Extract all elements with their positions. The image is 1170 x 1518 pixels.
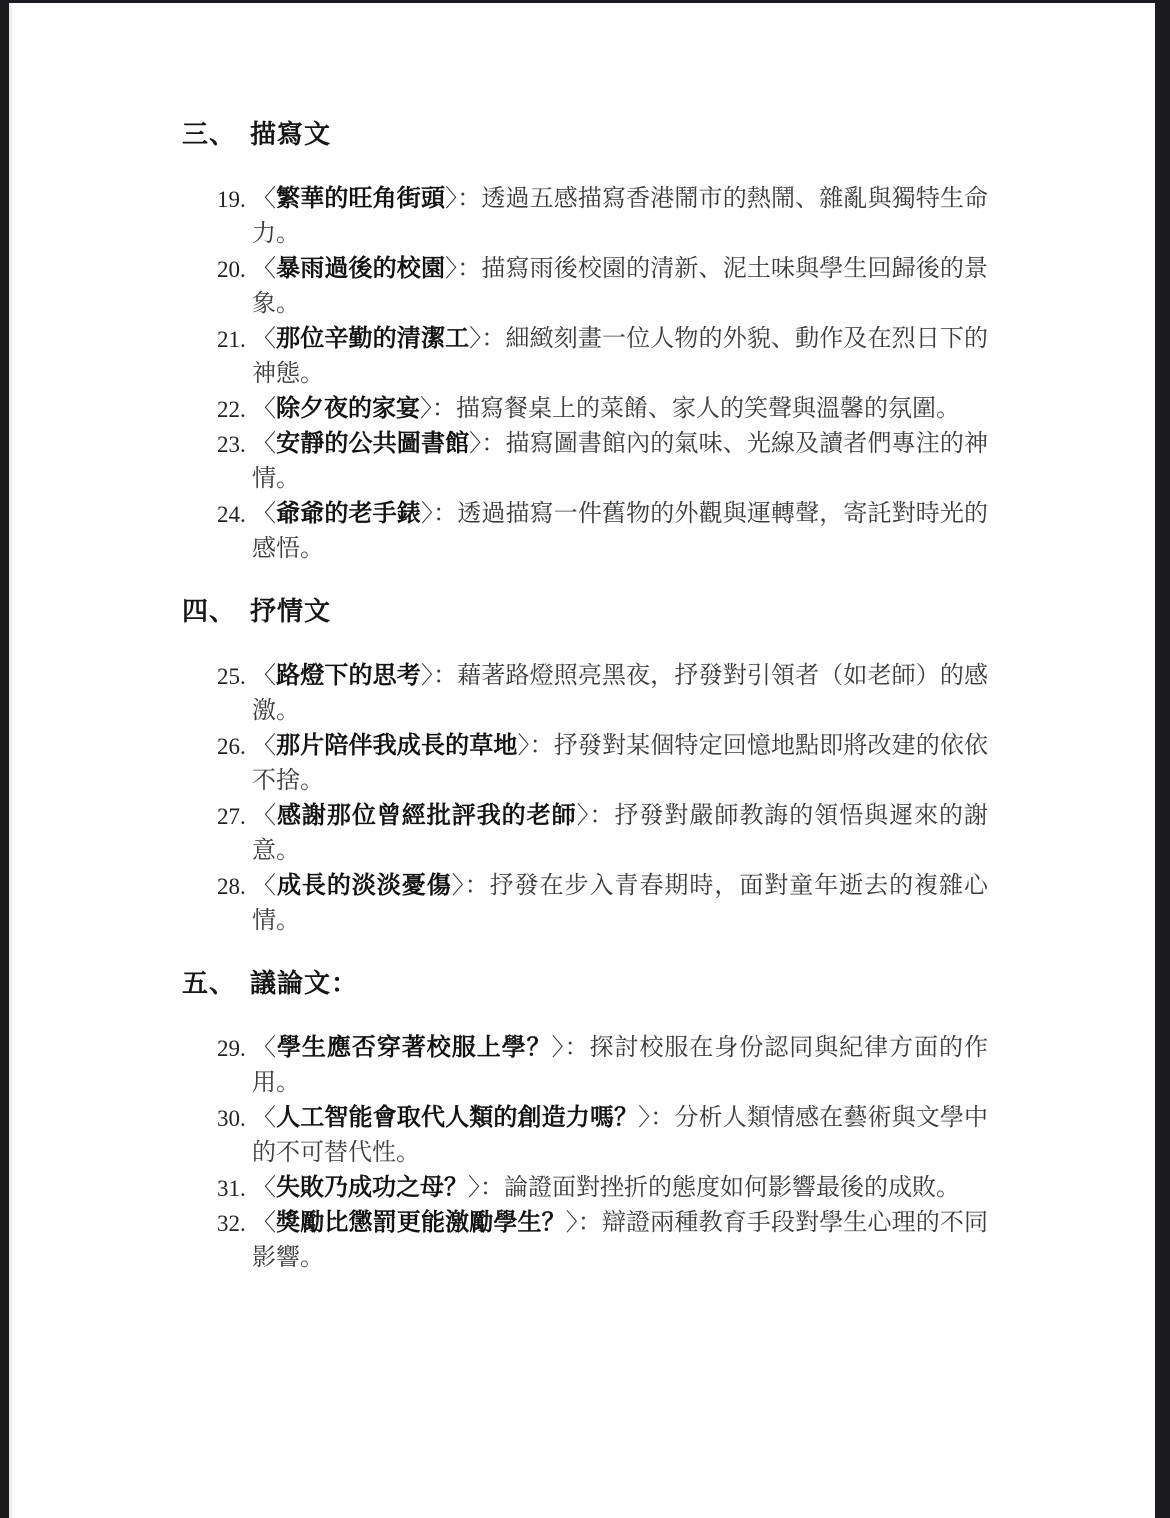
item-number: 25. [217,659,252,694]
item-text: 〈學生應否穿著校服上學？〉：探討校服在身份認同與紀律方面的作用。 [252,1031,988,1101]
item-number: 29. [217,1031,252,1066]
item-title: 成長的淡淡憂傷 [277,873,452,899]
list-item: 31. 〈失敗乃成功之母？〉：論證面對挫折的態度如何影響最後的成敗。 [217,1171,992,1206]
list-item: 23. 〈安靜的公共圖書館〉：描寫圖書館內的氣味、光線及讀者們專注的神情。 [217,427,992,497]
item-text: 〈那位辛勤的清潔工〉：細緻刻畫一位人物的外貌、動作及在烈日下的神態。 [252,322,988,392]
item-title: 感謝那位曾經批評我的老師 [277,803,577,829]
item-number: 30. [217,1101,252,1136]
section-argumentative: 五、議論文： 29. 〈學生應否穿著校服上學？〉：探討校服在身份認同與紀律方面的… [182,966,992,1276]
item-text: 〈路燈下的思考〉：藉著路燈照亮黑夜，抒發對引領者（如老師）的感激。 [252,659,988,729]
section-heading: 五、議論文： [182,966,992,1001]
item-description: 描寫餐桌上的菜餚、家人的笑聲與溫馨的氛圍。 [456,396,960,422]
list-item: 27. 〈感謝那位曾經批評我的老師〉：抒發對嚴師教誨的領悟與遲來的謝意。 [217,799,992,869]
left-angle-bracket: 〈 [252,256,276,282]
item-list: 25. 〈路燈下的思考〉：藉著路燈照亮黑夜，抒發對引領者（如老師）的感激。 26… [182,659,992,939]
right-angle-bracket: 〉 [469,326,481,352]
list-item: 19. 〈繁華的旺角街頭〉：透過五感描寫香港鬧市的熱鬧、雜亂與獨特生命力。 [217,182,992,252]
item-text: 〈失敗乃成功之母？〉：論證面對挫折的態度如何影響最後的成敗。 [252,1171,988,1206]
left-angle-bracket: 〈 [252,1105,276,1131]
section-lyrical: 四、抒情文 25. 〈路燈下的思考〉：藉著路燈照亮黑夜，抒發對引領者（如老師）的… [182,594,992,939]
section-descriptive: 三、描寫文 19. 〈繁華的旺角街頭〉：透過五感描寫香港鬧市的熱鬧、雜亂與獨特生… [182,117,992,567]
right-angle-bracket: 〉 [552,1035,565,1061]
left-angle-bracket: 〈 [252,1035,277,1061]
right-angle-bracket: 〉 [469,431,481,457]
item-title: 人工智能會取代人類的創造力嗎？ [276,1105,638,1131]
item-number: 24. [217,497,252,532]
colon-separator: ： [432,396,456,422]
item-title: 獎勵比懲罰更能激勵學生？ [276,1210,566,1236]
item-title: 繁華的旺角街頭 [276,186,445,212]
item-list: 29. 〈學生應否穿著校服上學？〉：探討校服在身份認同與紀律方面的作用。 30.… [182,1031,992,1276]
left-angle-bracket: 〈 [252,396,276,422]
colon-separator: ： [530,733,554,759]
left-angle-bracket: 〈 [252,186,276,212]
section-marker: 四、 [182,597,236,626]
left-angle-bracket: 〈 [252,803,277,829]
left-angle-bracket: 〈 [252,663,276,689]
item-text: 〈人工智能會取代人類的創造力嗎？〉：分析人類情感在藝術與文學中的不可替代性。 [252,1101,988,1171]
right-angle-bracket: 〉 [421,501,433,527]
item-number: 22. [217,392,252,427]
section-title: 抒情文 [250,597,331,626]
list-item: 20. 〈暴雨過後的校園〉：描寫雨後校園的清新、泥土味與學生回歸後的景象。 [217,252,992,322]
colon-separator: ： [457,186,481,212]
left-angle-bracket: 〈 [252,733,276,759]
item-title: 失敗乃成功之母？ [276,1175,468,1201]
item-number: 32. [217,1206,252,1241]
item-text: 〈繁華的旺角街頭〉：透過五感描寫香港鬧市的熱鬧、雜亂與獨特生命力。 [252,182,988,252]
list-item: 24. 〈爺爺的老手錶〉：透過描寫一件舊物的外觀與運轉聲，寄託對時光的感悟。 [217,497,992,567]
right-angle-bracket: 〉 [420,396,432,422]
list-item: 21. 〈那位辛勤的清潔工〉：細緻刻畫一位人物的外貌、動作及在烈日下的神態。 [217,322,992,392]
section-heading: 三、描寫文 [182,117,992,152]
right-angle-bracket: 〉 [452,873,465,899]
item-number: 26. [217,729,252,764]
colon-separator: ： [465,873,490,899]
item-text: 〈感謝那位曾經批評我的老師〉：抒發對嚴師教誨的領悟與遲來的謝意。 [252,799,988,869]
item-number: 28. [217,869,252,904]
section-marker: 三、 [182,120,236,149]
item-text: 〈那片陪伴我成長的草地〉：抒發對某個特定回憶地點即將改建的依依不捨。 [252,729,988,799]
item-title: 除夕夜的家宴 [276,396,420,422]
right-angle-bracket: 〉 [421,663,433,689]
colon-separator: ： [433,501,457,527]
list-item: 32. 〈獎勵比懲罰更能激勵學生？〉：辯證兩種教育手段對學生心理的不同影響。 [217,1206,992,1276]
left-angle-bracket: 〈 [252,1210,276,1236]
item-title: 學生應否穿著校服上學？ [277,1035,552,1061]
right-angle-bracket: 〉 [445,256,457,282]
item-number: 31. [217,1171,252,1206]
right-angle-bracket: 〉 [577,803,590,829]
left-angle-bracket: 〈 [252,501,276,527]
item-title: 那片陪伴我成長的草地 [276,733,517,759]
colon-separator: ： [480,1175,504,1201]
item-number: 27. [217,799,252,834]
list-item: 26. 〈那片陪伴我成長的草地〉：抒發對某個特定回憶地點即將改建的依依不捨。 [217,729,992,799]
left-angle-bracket: 〈 [252,1175,276,1201]
document-page: 三、描寫文 19. 〈繁華的旺角街頭〉：透過五感描寫香港鬧市的熱鬧、雜亂與獨特生… [9,3,1155,1518]
item-list: 19. 〈繁華的旺角街頭〉：透過五感描寫香港鬧市的熱鬧、雜亂與獨特生命力。 20… [182,182,992,567]
item-number: 23. [217,427,252,462]
colon-separator: ： [481,326,505,352]
item-number: 19. [217,182,252,217]
item-title: 爺爺的老手錶 [276,501,421,527]
section-title: 描寫文 [250,120,331,149]
right-angle-bracket: 〉 [638,1105,650,1131]
section-title: 議論文： [250,969,358,998]
left-angle-bracket: 〈 [252,873,277,899]
item-title: 那位辛勤的清潔工 [276,326,469,352]
left-angle-bracket: 〈 [252,326,276,352]
item-title: 路燈下的思考 [276,663,421,689]
colon-separator: ： [590,803,615,829]
colon-separator: ： [433,663,457,689]
page-content: 三、描寫文 19. 〈繁華的旺角街頭〉：透過五感描寫香港鬧市的熱鬧、雜亂與獨特生… [12,3,992,1276]
right-angle-bracket: 〉 [517,733,529,759]
list-item: 30. 〈人工智能會取代人類的創造力嗎？〉：分析人類情感在藝術與文學中的不可替代… [217,1101,992,1171]
item-text: 〈暴雨過後的校園〉：描寫雨後校園的清新、泥土味與學生回歸後的景象。 [252,252,988,322]
item-text: 〈爺爺的老手錶〉：透過描寫一件舊物的外觀與運轉聲，寄託對時光的感悟。 [252,497,988,567]
item-number: 20. [217,252,252,287]
list-item: 25. 〈路燈下的思考〉：藉著路燈照亮黑夜，抒發對引領者（如老師）的感激。 [217,659,992,729]
list-item: 22. 〈除夕夜的家宴〉：描寫餐桌上的菜餚、家人的笑聲與溫馨的氛圍。 [217,392,992,427]
colon-separator: ： [578,1210,602,1236]
item-description: 論證面對挫折的態度如何影響最後的成敗。 [504,1175,960,1201]
colon-separator: ： [457,256,481,282]
right-angle-bracket: 〉 [468,1175,480,1201]
item-title: 安靜的公共圖書館 [276,431,469,457]
item-title: 暴雨過後的校園 [276,256,445,282]
item-text: 〈成長的淡淡憂傷〉：抒發在步入青春期時，面對童年逝去的複雜心情。 [252,869,988,939]
item-number: 21. [217,322,252,357]
list-item: 28. 〈成長的淡淡憂傷〉：抒發在步入青春期時，面對童年逝去的複雜心情。 [217,869,992,939]
list-item: 29. 〈學生應否穿著校服上學？〉：探討校服在身份認同與紀律方面的作用。 [217,1031,992,1101]
right-angle-bracket: 〉 [566,1210,578,1236]
right-angle-bracket: 〉 [445,186,457,212]
colon-separator: ： [481,431,505,457]
left-angle-bracket: 〈 [252,431,276,457]
section-marker: 五、 [182,969,236,998]
colon-separator: ： [565,1035,590,1061]
colon-separator: ： [650,1105,674,1131]
item-text: 〈除夕夜的家宴〉：描寫餐桌上的菜餚、家人的笑聲與溫馨的氛圍。 [252,392,988,427]
section-heading: 四、抒情文 [182,594,992,629]
item-text: 〈獎勵比懲罰更能激勵學生？〉：辯證兩種教育手段對學生心理的不同影響。 [252,1206,988,1276]
item-text: 〈安靜的公共圖書館〉：描寫圖書館內的氣味、光線及讀者們專注的神情。 [252,427,988,497]
